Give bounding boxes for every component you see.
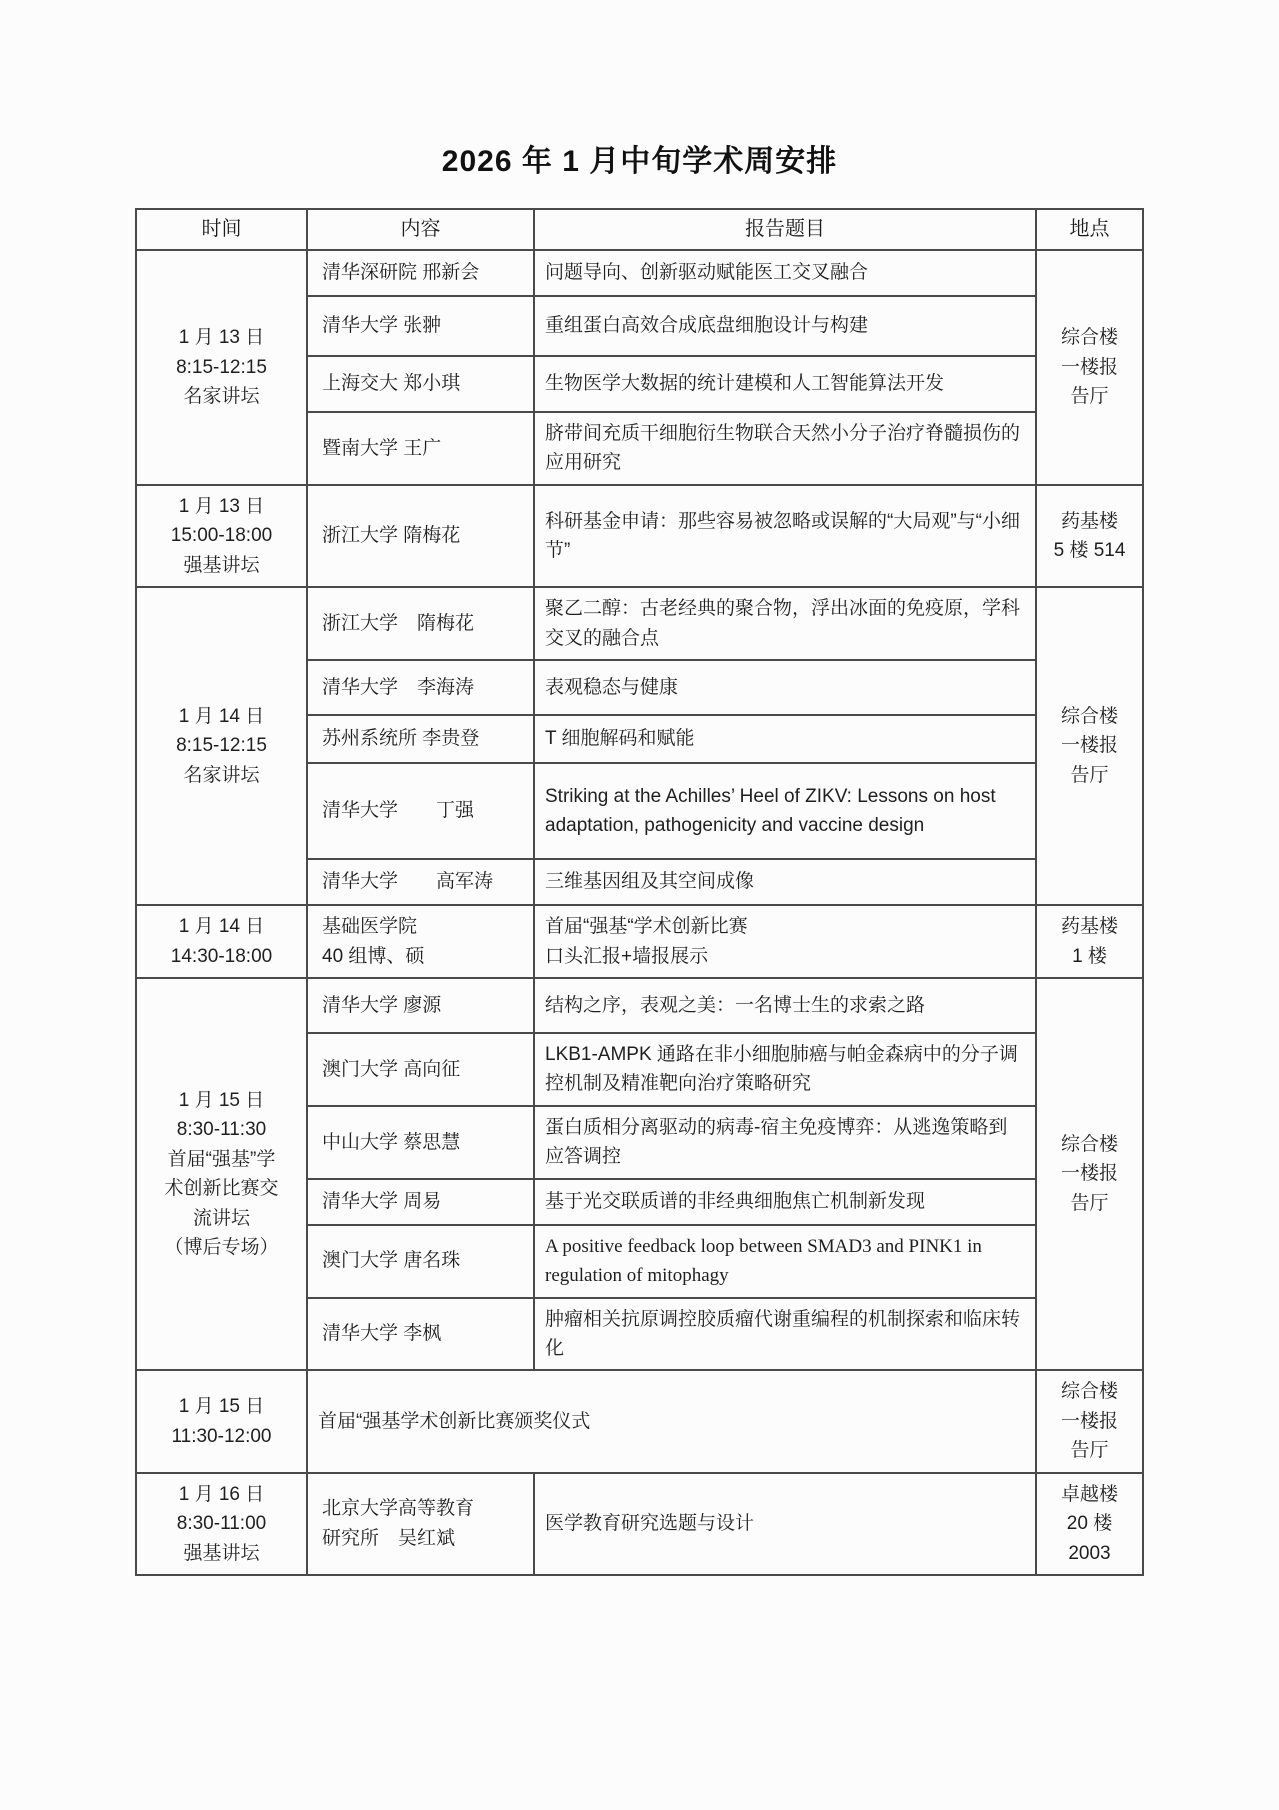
location-cell: 药基楼 1 楼 [1036, 905, 1143, 978]
time-cell: 1 月 13 日 15:00-18:00 强基讲坛 [136, 485, 307, 587]
topic-cell: 结构之序，表观之美：一名博士生的求索之路 [534, 978, 1036, 1033]
topic-cell: 生物医学大数据的统计建模和人工智能算法开发 [534, 356, 1036, 412]
speaker-cell: 清华大学 廖源 [307, 978, 534, 1033]
table-row: 1 月 14 日 14:30-18:00 基础医学院 40 组博、硕 首届“强基… [136, 905, 1143, 978]
speaker-cell: 苏州系统所 李贵登 [307, 715, 534, 763]
location-cell: 综合楼 一楼报 告厅 [1036, 250, 1143, 485]
location-cell: 综合楼 一楼报 告厅 [1036, 978, 1143, 1371]
topic-cell: A positive feedback loop between SMAD3 a… [534, 1225, 1036, 1298]
header-time: 时间 [136, 209, 307, 250]
speaker-cell: 清华大学 周易 [307, 1179, 534, 1225]
topic-cell: Striking at the Achilles’ Heel of ZIKV: … [534, 763, 1036, 859]
topic-cell: 医学教育研究选题与设计 [534, 1473, 1036, 1575]
header-location: 地点 [1036, 209, 1143, 250]
topic-cell: 科研基金申请：那些容易被忽略或误解的“大局观”与“小细节” [534, 485, 1036, 587]
speaker-cell: 浙江大学 隋梅花 [307, 485, 534, 587]
topic-cell: 肿瘤相关抗原调控胶质瘤代谢重编程的机制探索和临床转化 [534, 1298, 1036, 1371]
location-cell: 综合楼 一楼报 告厅 [1036, 587, 1143, 905]
speaker-cell: 澳门大学 高向征 [307, 1033, 534, 1106]
table-row: 1 月 15 日 11:30-12:00 首届“强基学术创新比赛颁奖仪式 综合楼… [136, 1370, 1143, 1472]
time-cell: 1 月 14 日 8:15-12:15 名家讲坛 [136, 587, 307, 905]
topic-cell: 三维基因组及其空间成像 [534, 859, 1036, 905]
speaker-cell: 中山大学 蔡思慧 [307, 1106, 534, 1179]
table-row: 1 月 15 日 8:30-11:30 首届“强基”学 术创新比赛交 流讲坛 （… [136, 978, 1143, 1033]
table-row: 1 月 16 日 8:30-11:00 强基讲坛 北京大学高等教育 研究所 吴红… [136, 1473, 1143, 1575]
topic-cell: 首届“强基“学术创新比赛 口头汇报+墙报展示 [534, 905, 1036, 978]
topic-cell: 问题导向、创新驱动赋能医工交叉融合 [534, 250, 1036, 296]
speaker-cell: 北京大学高等教育 研究所 吴红斌 [307, 1473, 534, 1575]
topic-cell: 表观稳态与健康 [534, 660, 1036, 715]
speaker-cell: 清华大学 李枫 [307, 1298, 534, 1371]
speaker-cell: 浙江大学 隋梅花 [307, 587, 534, 660]
topic-cell: 蛋白质相分离驱动的病毒-宿主免疫博弈：从逃逸策略到应答调控 [534, 1106, 1036, 1179]
time-cell: 1 月 15 日 8:30-11:30 首届“强基”学 术创新比赛交 流讲坛 （… [136, 978, 307, 1371]
header-content: 内容 [307, 209, 534, 250]
speaker-cell: 清华大学 丁强 [307, 763, 534, 859]
speaker-cell: 暨南大学 王广 [307, 412, 534, 485]
topic-cell: 脐带间充质干细胞衍生物联合天然小分子治疗脊髓损伤的应用研究 [534, 412, 1036, 485]
speaker-cell: 清华大学 高军涛 [307, 859, 534, 905]
table-row: 1 月 13 日 15:00-18:00 强基讲坛 浙江大学 隋梅花 科研基金申… [136, 485, 1143, 587]
location-cell: 综合楼 一楼报 告厅 [1036, 1370, 1143, 1472]
topic-cell: T 细胞解码和赋能 [534, 715, 1036, 763]
schedule-table: 时间 内容 报告题目 地点 1 月 13 日 8:15-12:15 名家讲坛 清… [135, 208, 1144, 1576]
time-cell: 1 月 13 日 8:15-12:15 名家讲坛 [136, 250, 307, 485]
time-cell: 1 月 15 日 11:30-12:00 [136, 1370, 307, 1472]
table-row: 1 月 13 日 8:15-12:15 名家讲坛 清华深研院 邢新会 问题导向、… [136, 250, 1143, 296]
topic-cell: 重组蛋白高效合成底盘细胞设计与构建 [534, 296, 1036, 356]
time-cell: 1 月 16 日 8:30-11:00 强基讲坛 [136, 1473, 307, 1575]
speaker-cell: 基础医学院 40 组博、硕 [307, 905, 534, 978]
merged-event-cell: 首届“强基学术创新比赛颁奖仪式 [307, 1370, 1036, 1472]
table-row: 1 月 14 日 8:15-12:15 名家讲坛 浙江大学 隋梅花 聚乙二醇：古… [136, 587, 1143, 660]
speaker-cell: 清华大学 李海涛 [307, 660, 534, 715]
time-cell: 1 月 14 日 14:30-18:00 [136, 905, 307, 978]
speaker-cell: 澳门大学 唐名珠 [307, 1225, 534, 1298]
topic-cell: 聚乙二醇：古老经典的聚合物，浮出冰面的免疫原，学科交叉的融合点 [534, 587, 1036, 660]
topic-cell: LKB1-AMPK 通路在非小细胞肺癌与帕金森病中的分子调控机制及精准靶向治疗策… [534, 1033, 1036, 1106]
speaker-cell: 上海交大 郑小琪 [307, 356, 534, 412]
page-title: 2026 年 1 月中旬学术周安排 [0, 136, 1279, 180]
topic-cell: 基于光交联质谱的非经典细胞焦亡机制新发现 [534, 1179, 1036, 1225]
speaker-cell: 清华大学 张翀 [307, 296, 534, 356]
document-page: 2026 年 1 月中旬学术周安排 时间 内容 报告题目 地点 1 月 13 日… [0, 0, 1279, 1810]
location-cell: 卓越楼 20 楼 2003 [1036, 1473, 1143, 1575]
location-cell: 药基楼 5 楼 514 [1036, 485, 1143, 587]
speaker-cell: 清华深研院 邢新会 [307, 250, 534, 296]
header-topic: 报告题目 [534, 209, 1036, 250]
table-header-row: 时间 内容 报告题目 地点 [136, 209, 1143, 250]
